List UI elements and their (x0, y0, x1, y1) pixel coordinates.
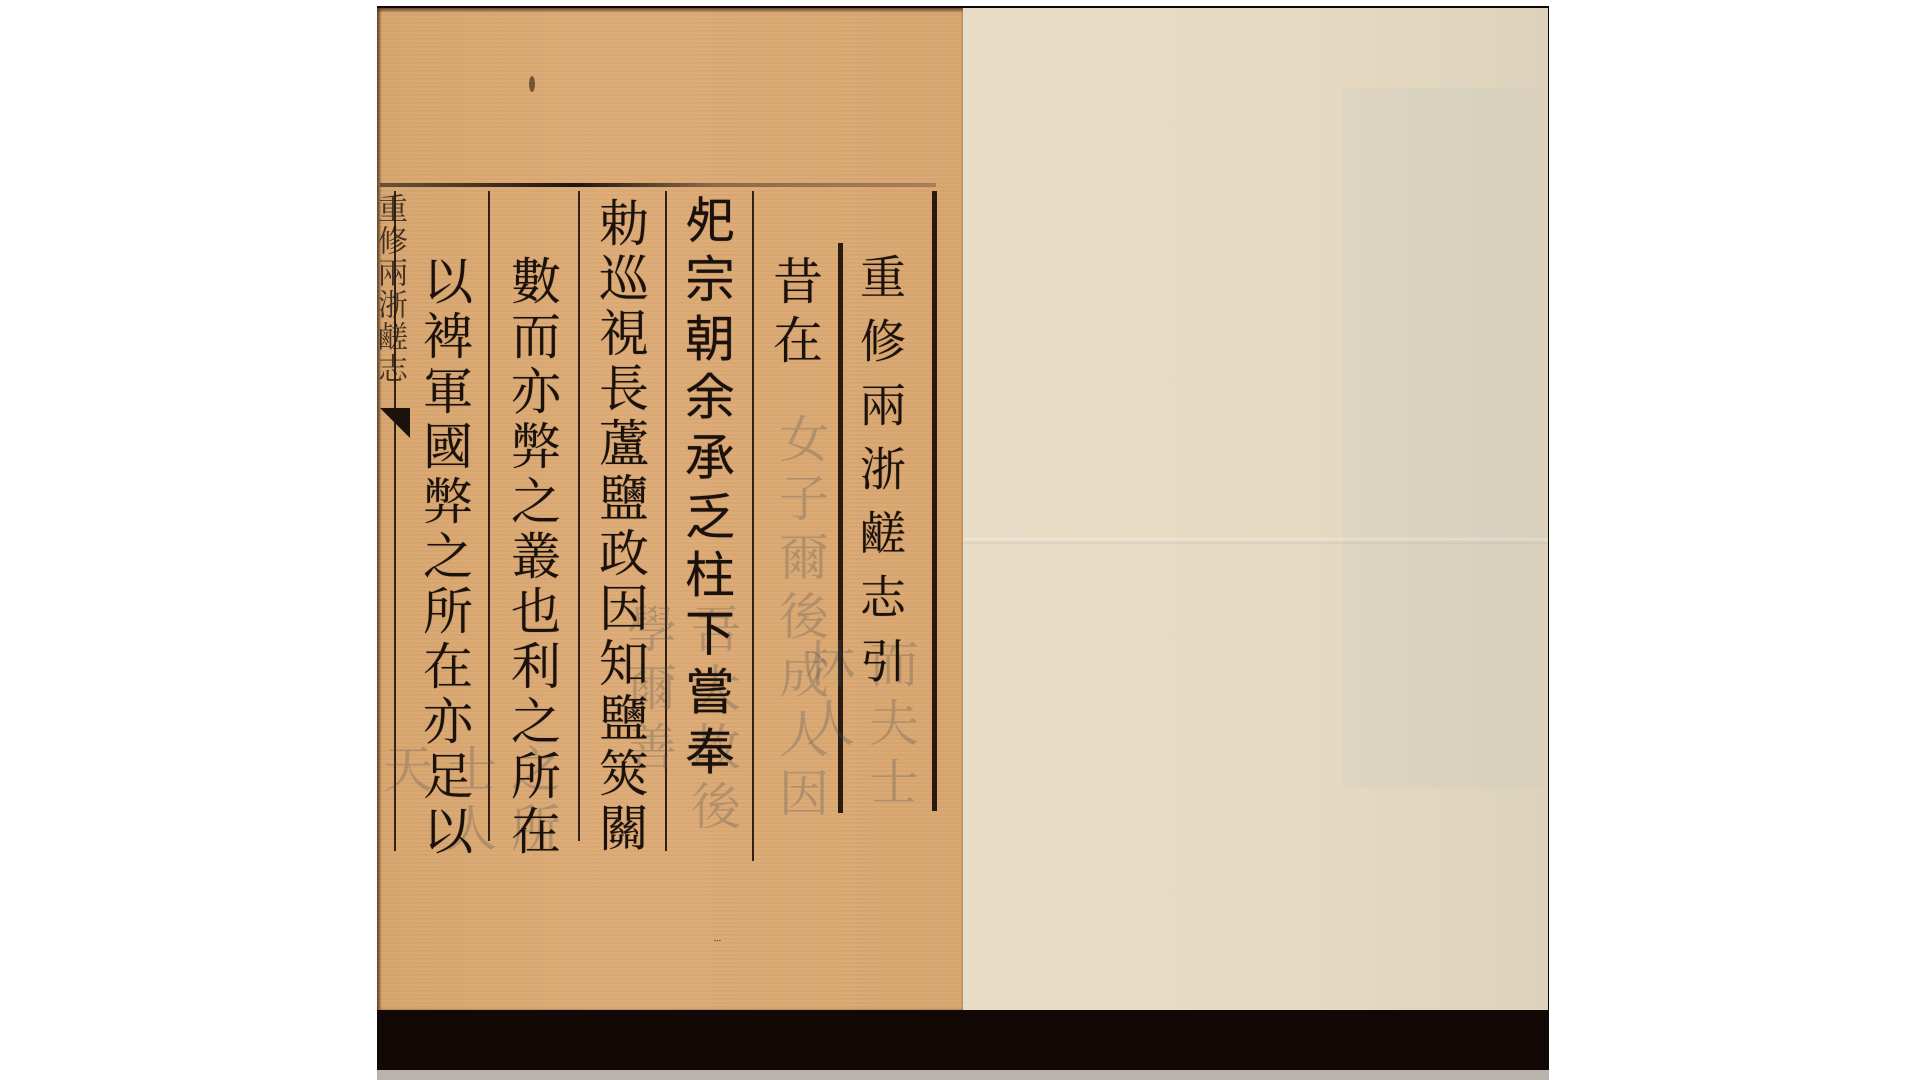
show-through-shadow (1343, 88, 1543, 788)
column-rule (752, 191, 754, 861)
paper-crease (963, 538, 1548, 544)
text-column-2: 𢀸宗朝余承乏柱下嘗奉 (676, 197, 740, 787)
preface-title: 重修兩浙鹺志引 (848, 253, 912, 701)
column-rule (578, 191, 580, 841)
text-column-1: 昔在 (762, 255, 826, 373)
right-page-blank (963, 8, 1548, 1020)
frame-right-border (932, 191, 937, 811)
text-column-5: 以裨軍國弊之所在亦足以 (412, 255, 476, 860)
binding-pinholes: ⁝ (711, 939, 722, 943)
frame-top-border (380, 183, 936, 187)
show-through-text: 女子爾後成人因 (768, 413, 832, 826)
paper-stain (529, 76, 535, 92)
text-column-3: 勅巡視長蘆鹽政因知鹽筴關 (588, 197, 652, 857)
text-column-4: 數而亦弊之叢也利之所在 (500, 255, 564, 860)
scanner-bottom-strip (377, 1070, 1549, 1080)
text-frame: 而夫士林人 女子爾後成人因 吾大故後學爾善 之所士人天 重修兩浙鹺志引 昔在 𢀸… (380, 183, 936, 863)
